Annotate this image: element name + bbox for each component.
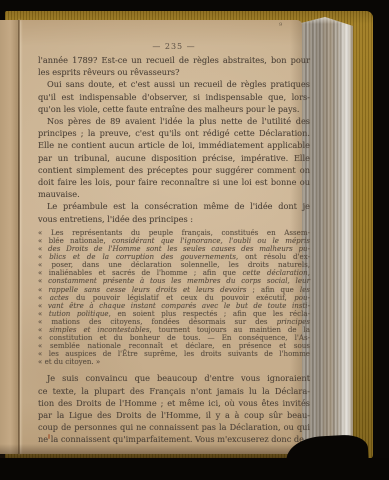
text-line: mauvaise. xyxy=(38,188,310,200)
text-line: Oui sans doute, et c'est aussi un recuei… xyxy=(38,78,310,90)
text-line: Je suis convaincu que beaucoup d'entre v… xyxy=(38,372,310,384)
text-line: coup de personnes qui ne connaissent pas… xyxy=(38,421,310,433)
text-column: — 235 — l'année 1789? Est-ce un recueil … xyxy=(38,42,310,446)
text-line: tion des Droits de l'Homme ; et même ici… xyxy=(38,397,310,409)
text-line: qu'il est indispensable d'observer, si i… xyxy=(38,91,310,103)
gutter-crease-line xyxy=(18,20,20,454)
text-line: qu'on les viole, cette faute entraîne de… xyxy=(38,103,310,115)
text-line: doit faire les lois, pour faire reconnaî… xyxy=(38,176,310,188)
text-line: Le préambule est la consécration même de… xyxy=(38,200,310,212)
text-line: les esprits rêveurs ou rêvasseurs? xyxy=(38,66,310,78)
table-surface xyxy=(0,458,389,480)
paragraphs-top: l'année 1789? Est-ce un recueil de règle… xyxy=(38,54,310,225)
gutter-fold xyxy=(0,20,19,454)
text-line: contient simplement des préceptes pour s… xyxy=(38,164,310,176)
text-line: ce texte, la plupart des Français n'ont … xyxy=(38,385,310,397)
text-line: vous entretiens, l'idée des principes : xyxy=(38,213,310,225)
text-line: Elle ne contient aucun article de loi, i… xyxy=(38,139,310,151)
book-page: 9 — 235 — l'année 1789? Est-ce un recuei… xyxy=(0,20,302,454)
text-line: par la Ligue des Droits de l'Homme, il y… xyxy=(38,409,310,421)
corner-print-speck: 9 xyxy=(279,22,282,28)
text-line: l'année 1789? Est-ce un recueil de règle… xyxy=(38,54,310,66)
text-line: principes ; la preuve, c'est qu'ils ont … xyxy=(38,127,310,139)
page-number: — 235 — xyxy=(38,42,310,52)
text-line: Nos pères de 89 avaient l'idée la plus n… xyxy=(38,115,310,127)
declaration-preamble-quote: « Les représentants du peuple français, … xyxy=(38,229,310,367)
text-line: par un tribunal, aucune disposition préc… xyxy=(38,152,310,164)
text-line: « et du citoyen. » xyxy=(38,358,310,366)
scanned-book-photo: 9 — 235 — l'année 1789? Est-ce un recuei… xyxy=(0,0,389,480)
paragraph-closing: Je suis convaincu que beaucoup d'entre v… xyxy=(38,372,310,445)
